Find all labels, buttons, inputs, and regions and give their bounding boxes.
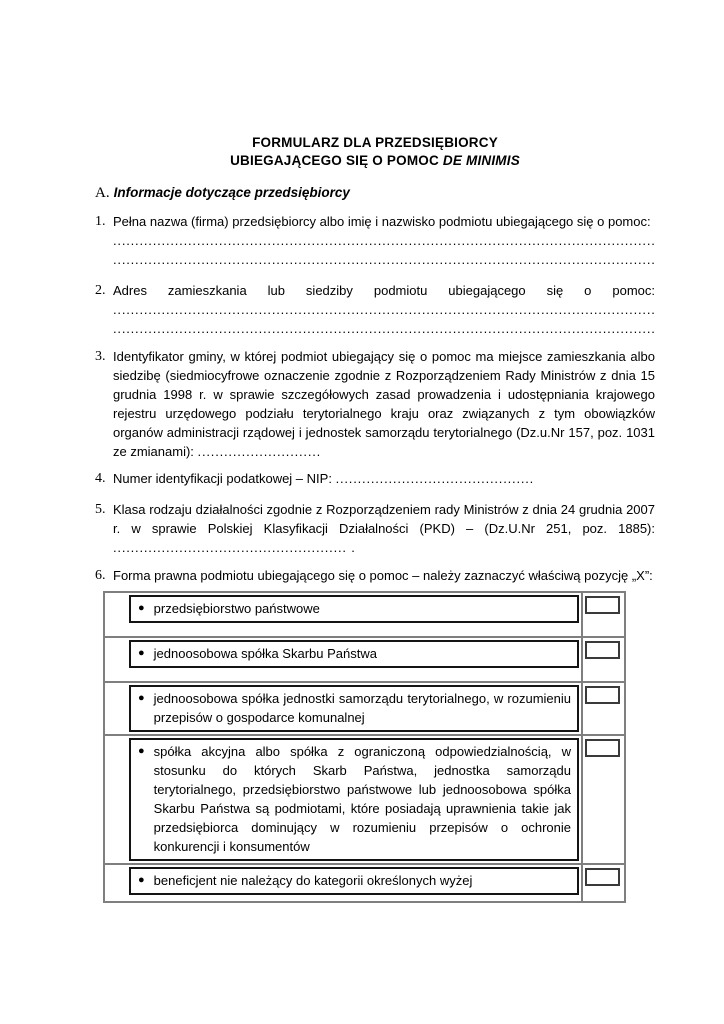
bullet-icon: ● [138,742,145,761]
item-3-text: Identyfikator gminy, w której podmiot ub… [113,347,655,461]
option-cell-5: ● beneficjent nie należący do kategorii … [105,865,581,901]
title-line-2-text: UBIEGAJĄCEGO SIĘ O POMOC [230,153,439,168]
item-1-number: 1. [95,212,113,269]
mark-checkbox-4[interactable] [585,739,620,757]
section-a-number: A. [95,185,110,201]
item-4-fill-in-dots[interactable]: ........................................… [336,471,535,486]
item-2-fill-in-line-2[interactable]: ........................................… [113,319,655,338]
option-cell-2: ● jednoosobowa spółka Skarbu Państwa [105,638,581,681]
item-2-fill-in-line-1[interactable]: ........................................… [113,300,655,319]
item-1-fill-in-line-2[interactable]: ........................................… [113,250,655,269]
checkbox-column-2 [581,638,624,681]
option-box-2: ● jednoosobowa spółka Skarbu Państwa [129,640,579,668]
title-line-1: FORMULARZ DLA PRZEDSIĘBIORCY [95,134,655,152]
item-5-number: 5. [95,500,113,557]
checkbox-column-4 [581,736,624,863]
item-1-fill-in-line-1[interactable]: ........................................… [113,231,655,250]
option-cell-4: ● spółka akcyjna albo spółka z ograniczo… [105,736,581,863]
form-item-3: 3. Identyfikator gminy, w której podmiot… [95,347,655,461]
checkbox-column-5 [581,865,624,901]
item-6-text: Forma prawna podmiotu ubiegającego się o… [113,566,655,585]
checkbox-column-3 [581,683,624,734]
form-item-2: 2. Adres zamieszkania lub siedziby podmi… [95,281,655,338]
table-row-1: ● przedsiębiorstwo państwowe [105,593,624,636]
item-2-number: 2. [95,281,113,338]
section-a-heading: A.Informacje dotyczące przedsiębiorcy [95,183,655,203]
bullet-icon: ● [138,689,145,708]
item-4-text-body: Numer identyfikacji podatkowej – NIP: [113,471,332,486]
option-cell-3: ● jednoosobowa spółka jednostki samorząd… [105,683,581,734]
document-title: FORMULARZ DLA PRZEDSIĘBIORCY UBIEGAJĄCEG… [95,134,655,170]
item-5-fill-in-line[interactable]: ........................................… [113,538,655,557]
mark-checkbox-1[interactable] [585,596,620,614]
bullet-icon: ● [138,599,145,618]
option-label-1: przedsiębiorstwo państwowe [154,599,571,618]
item-2-text: Adres zamieszkania lub siedziby podmiotu… [113,281,655,300]
option-box-1: ● przedsiębiorstwo państwowe [129,595,579,623]
mark-checkbox-2[interactable] [585,641,620,659]
table-row-5: ● beneficjent nie należący do kategorii … [105,863,624,901]
option-box-3: ● jednoosobowa spółka jednostki samorząd… [129,685,579,732]
table-row-3: ● jednoosobowa spółka jednostki samorząd… [105,681,624,734]
option-box-5: ● beneficjent nie należący do kategorii … [129,867,579,895]
item-1-text: Pełna nazwa (firma) przedsiębiorcy albo … [113,212,655,231]
mark-checkbox-3[interactable] [585,686,620,704]
option-cell-1: ● przedsiębiorstwo państwowe [105,593,581,636]
item-3-fill-in-dots[interactable]: ............................ [198,444,322,459]
legal-form-table: ● przedsiębiorstwo państwowe ● jednoosob… [103,591,626,903]
item-4-text: Numer identyfikacji podatkowej – NIP: ..… [113,469,655,488]
document-content: FORMULARZ DLA PRZEDSIĘBIORCY UBIEGAJĄCEG… [95,134,655,903]
item-3-text-body: Identyfikator gminy, w której podmiot ub… [113,349,655,459]
table-row-2: ● jednoosobowa spółka Skarbu Państwa [105,636,624,681]
form-item-6: 6. Forma prawna podmiotu ubiegającego si… [95,566,655,585]
option-label-2: jednoosobowa spółka Skarbu Państwa [154,644,571,663]
section-a-title: Informacje dotyczące przedsiębiorcy [114,185,350,200]
item-6-number: 6. [95,566,113,585]
checkbox-column-1 [581,593,624,636]
option-label-3: jednoosobowa spółka jednostki samorządu … [154,689,571,727]
table-row-4: ● spółka akcyjna albo spółka z ograniczo… [105,734,624,863]
document-page: FORMULARZ DLA PRZEDSIĘBIORCY UBIEGAJĄCEG… [0,0,724,1024]
form-item-4: 4. Numer identyfikacji podatkowej – NIP:… [95,469,655,488]
item-3-number: 3. [95,347,113,461]
form-item-1: 1. Pełna nazwa (firma) przedsiębiorcy al… [95,212,655,269]
option-box-4: ● spółka akcyjna albo spółka z ograniczo… [129,738,579,861]
mark-checkbox-5[interactable] [585,868,620,886]
item-5-text: Klasa rodzaju działalności zgodnie z Roz… [113,500,655,538]
title-line-2: UBIEGAJĄCEGO SIĘ O POMOC DE MINIMIS [95,152,655,170]
option-label-5: beneficjent nie należący do kategorii ok… [154,871,571,890]
form-item-5: 5. Klasa rodzaju działalności zgodnie z … [95,500,655,557]
bullet-icon: ● [138,871,145,890]
title-line-2-emphasis: DE MINIMIS [443,153,520,168]
option-label-4: spółka akcyjna albo spółka z ograniczoną… [154,742,571,856]
item-4-number: 4. [95,469,113,488]
bullet-icon: ● [138,644,145,663]
